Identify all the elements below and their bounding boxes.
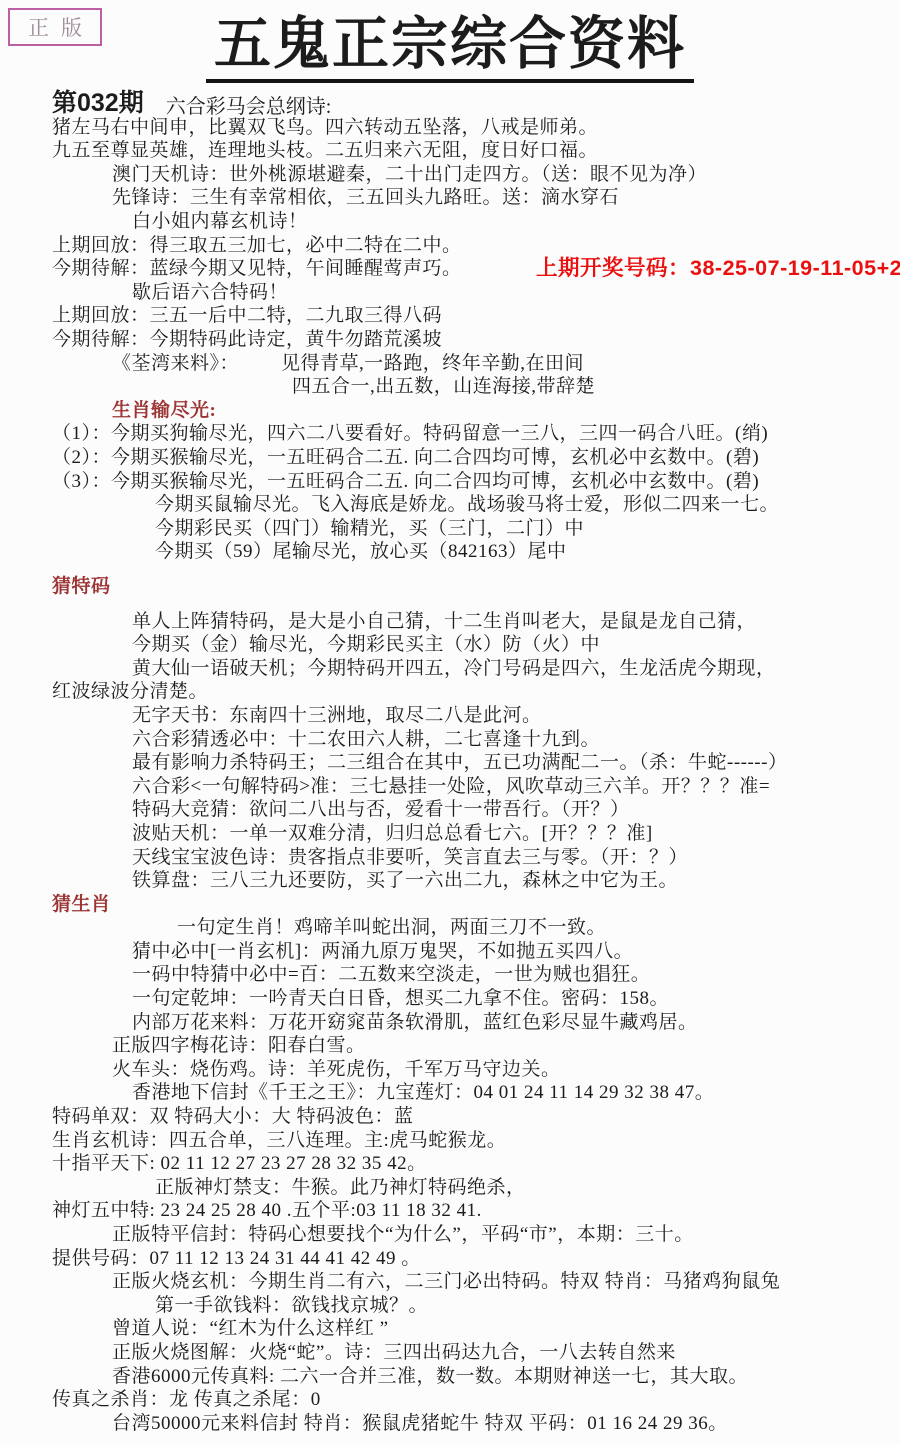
text-line: 红波绿波分清楚。	[52, 680, 898, 704]
text-line: 香港地下信封《千王之王》：九宝莲灯：04 01 24 11 14 29 32 3…	[52, 1081, 898, 1105]
issue-number: 第032期	[52, 91, 144, 116]
lottery-tip-sheet: 正版 五鬼正宗综合资料 第032期 六合彩马会总纲诗: 猪左马右中间申，比翼双飞…	[0, 0, 900, 1445]
text-line: 一句定乾坤：一吟青天白日昏，想买二九拿不住。密码：158。	[52, 987, 898, 1011]
text-line: 第一手欲钱料：欲钱找京城？。	[52, 1294, 898, 1318]
text-line: 正版火烧图解：火烧“蛇”。诗：三四出码达九合，一八去转自然来	[52, 1341, 898, 1365]
text-line: 澳门天机诗：世外桃源堪避秦，二十出门走四方。（送：眼不见为净）	[52, 163, 898, 187]
authentic-badge: 正版	[8, 8, 102, 46]
text-line: 一句定生肖！鸡啼羊叫蛇出洞，两面三刀不一致。	[52, 916, 898, 940]
text-line: 单人上阵猜特码，是大是小自己猜，十二生肖叫老大，是鼠是龙自己猜，	[52, 610, 898, 634]
text-line: （2）：今期买猴输尽光，一五旺码合二五. 向二合四均可博，玄机必中玄数中。(碧)	[52, 446, 898, 470]
text-line: 先锋诗：三生有幸常相依，三五回头九路旺。送：滴水穿石	[52, 186, 898, 210]
text-line: 上期回放：三五一后中二特，二九取三得八码	[52, 304, 898, 328]
text-line: 《荃湾来料》： 见得青草,一路跑，终年辛勤,在田间	[52, 352, 898, 376]
master-poem-label: 六合彩马会总纲诗:	[166, 90, 332, 119]
text-line: 神灯五中特: 23 24 25 28 40 .五个平:03 11 18 32 4…	[52, 1199, 898, 1223]
last-draw-numbers: 上期开奖号码：38-25-07-19-11-05+26	[536, 251, 900, 282]
text-line: （3）：今期买猴输尽光，一五旺码合二五. 向二合四均可博，玄机必中玄数中。(碧)	[52, 470, 898, 494]
section-header: 猜特码	[52, 575, 898, 599]
text-line: 今期彩民买（四门）输精光，买（三门，二门）中	[52, 517, 898, 541]
text-line: 今期买（金）输尽光，今期彩民买主（水）防（火）中	[52, 633, 898, 657]
page-title-text: 五鬼正宗综合资料	[206, 14, 694, 83]
text-line: 四五合一,出五数，山连海接,带辞楚	[52, 375, 898, 399]
text-line: 今期待解：今期特码此诗定，黄牛勿踏荒溪坡	[52, 328, 898, 352]
text-line: 猜中必中[一肖玄机]：两涌九原万鬼哭，不如抛五买四八。	[52, 940, 898, 964]
text-line: （1）：今期买狗输尽光，四六二八要看好。特码留意一三八，三四一码合八旺。(绡)	[52, 422, 898, 446]
text-line: 今期买（59）尾输尽光，放心买（842163）尾中	[52, 540, 898, 564]
text-line: 生肖玄机诗：四五合单，三八连理。主:虎马蛇猴龙。	[52, 1129, 898, 1153]
text-line: 九五至尊显英雄，连理地头枝。二五归来六无阻，度日好口福。	[52, 139, 898, 163]
text-line: 正版火烧玄机：今期生肖二有六，二三门必出特码。特双 特肖：马猪鸡狗鼠兔	[52, 1270, 898, 1294]
text-line: 六合彩猜透必中：十二农田六人耕，二七喜逢十九到。	[52, 728, 898, 752]
document-body: 猪左马右中间申，比翼双飞鸟。四六转动五坠落，八戒是师弟。九五至尊显英雄，连理地头…	[52, 116, 898, 1436]
text-line: 一码中特猜中必中=百：二五数来空淡走，一世为贼也猖狂。	[52, 963, 898, 987]
text-line: 天线宝宝波色诗：贵客指点非要听，笑言直去三与零。（开：？）	[52, 846, 898, 870]
text-line: 波贴天机：一单一双难分清，归归总总看七六。[开？？？准]	[52, 822, 898, 846]
text-line: 台湾50000元来料信封 特肖：猴鼠虎猪蛇牛 特双 平码：01 16 24 29…	[52, 1412, 898, 1436]
section-header: 猜生肖	[52, 893, 898, 917]
text-line: 特码大竞猜：欲问二八出与否，爱看十一带吾行。（开？）	[52, 798, 898, 822]
page-title: 五鬼正宗综合资料	[0, 0, 900, 83]
text-line: 正版神灯禁支：牛猴。此乃神灯特码绝杀，	[52, 1176, 898, 1200]
text-line: 无字天书：东南四十三洲地，取尽二八是此河。	[52, 704, 898, 728]
text-line: 传真之杀肖：龙 传真之杀尾：0	[52, 1388, 898, 1412]
text-line: 黄大仙一语破天机；今期特码开四五，冷门号码是四六，生龙活虎今期现，	[52, 657, 898, 681]
text-line: 火车头：烧伤鸡。诗：羊死虎伤，千军万马守边关。	[52, 1058, 898, 1082]
text-line: 正版四字梅花诗：阳春白雪。	[52, 1034, 898, 1058]
text-line: 香港6000元传真料: 二六一合并三准，数一数。本期财神送一七，其大取。	[52, 1365, 898, 1389]
text-line: 曾道人说：“红木为什么这样红 ”	[52, 1317, 898, 1341]
text-line: 特码单双：双 特码大小：大 特码波色：蓝	[52, 1105, 898, 1129]
issue-header: 第032期 六合彩马会总纲诗:	[52, 84, 898, 116]
text-line: 提供号码：07 11 12 13 24 31 44 41 42 49 。	[52, 1247, 898, 1271]
document-content: 第032期 六合彩马会总纲诗: 猪左马右中间申，比翼双飞鸟。四六转动五坠落，八戒…	[0, 84, 900, 1436]
text-line: 十指平天下: 02 11 12 27 23 27 28 32 35 42。	[52, 1152, 898, 1176]
text-line: 正版特平信封：特码心想要找个“为什么”，平码“市”，本期：三十。	[52, 1223, 898, 1247]
text-line: 六合彩<一句解特码>准：三七悬挂一处险，风吹草动三六羊。开？？？准=	[52, 775, 898, 799]
text-line: 歇后语六合特码！	[52, 281, 898, 305]
text-line: 今期买鼠输尽光。飞入海底是娇龙。战场骏马将士爱，形似二四来一七。	[52, 493, 898, 517]
text-line: 最有影响力杀特码王；二三组合在其中，五已功满配二一。（杀：牛蛇------）	[52, 751, 898, 775]
text-line: 铁算盘：三八三九还要防，买了一六出二九，森林之中它为王。	[52, 869, 898, 893]
section-header: 生肖输尽光:	[52, 399, 898, 423]
text-line: 猪左马右中间申，比翼双飞鸟。四六转动五坠落，八戒是师弟。	[52, 116, 898, 140]
text-line: 白小姐内幕玄机诗！	[52, 210, 898, 234]
text-line: 内部万花来料：万花开窈窕苗条软滑肌，蓝红色彩尽显牛藏鸡居。	[52, 1011, 898, 1035]
